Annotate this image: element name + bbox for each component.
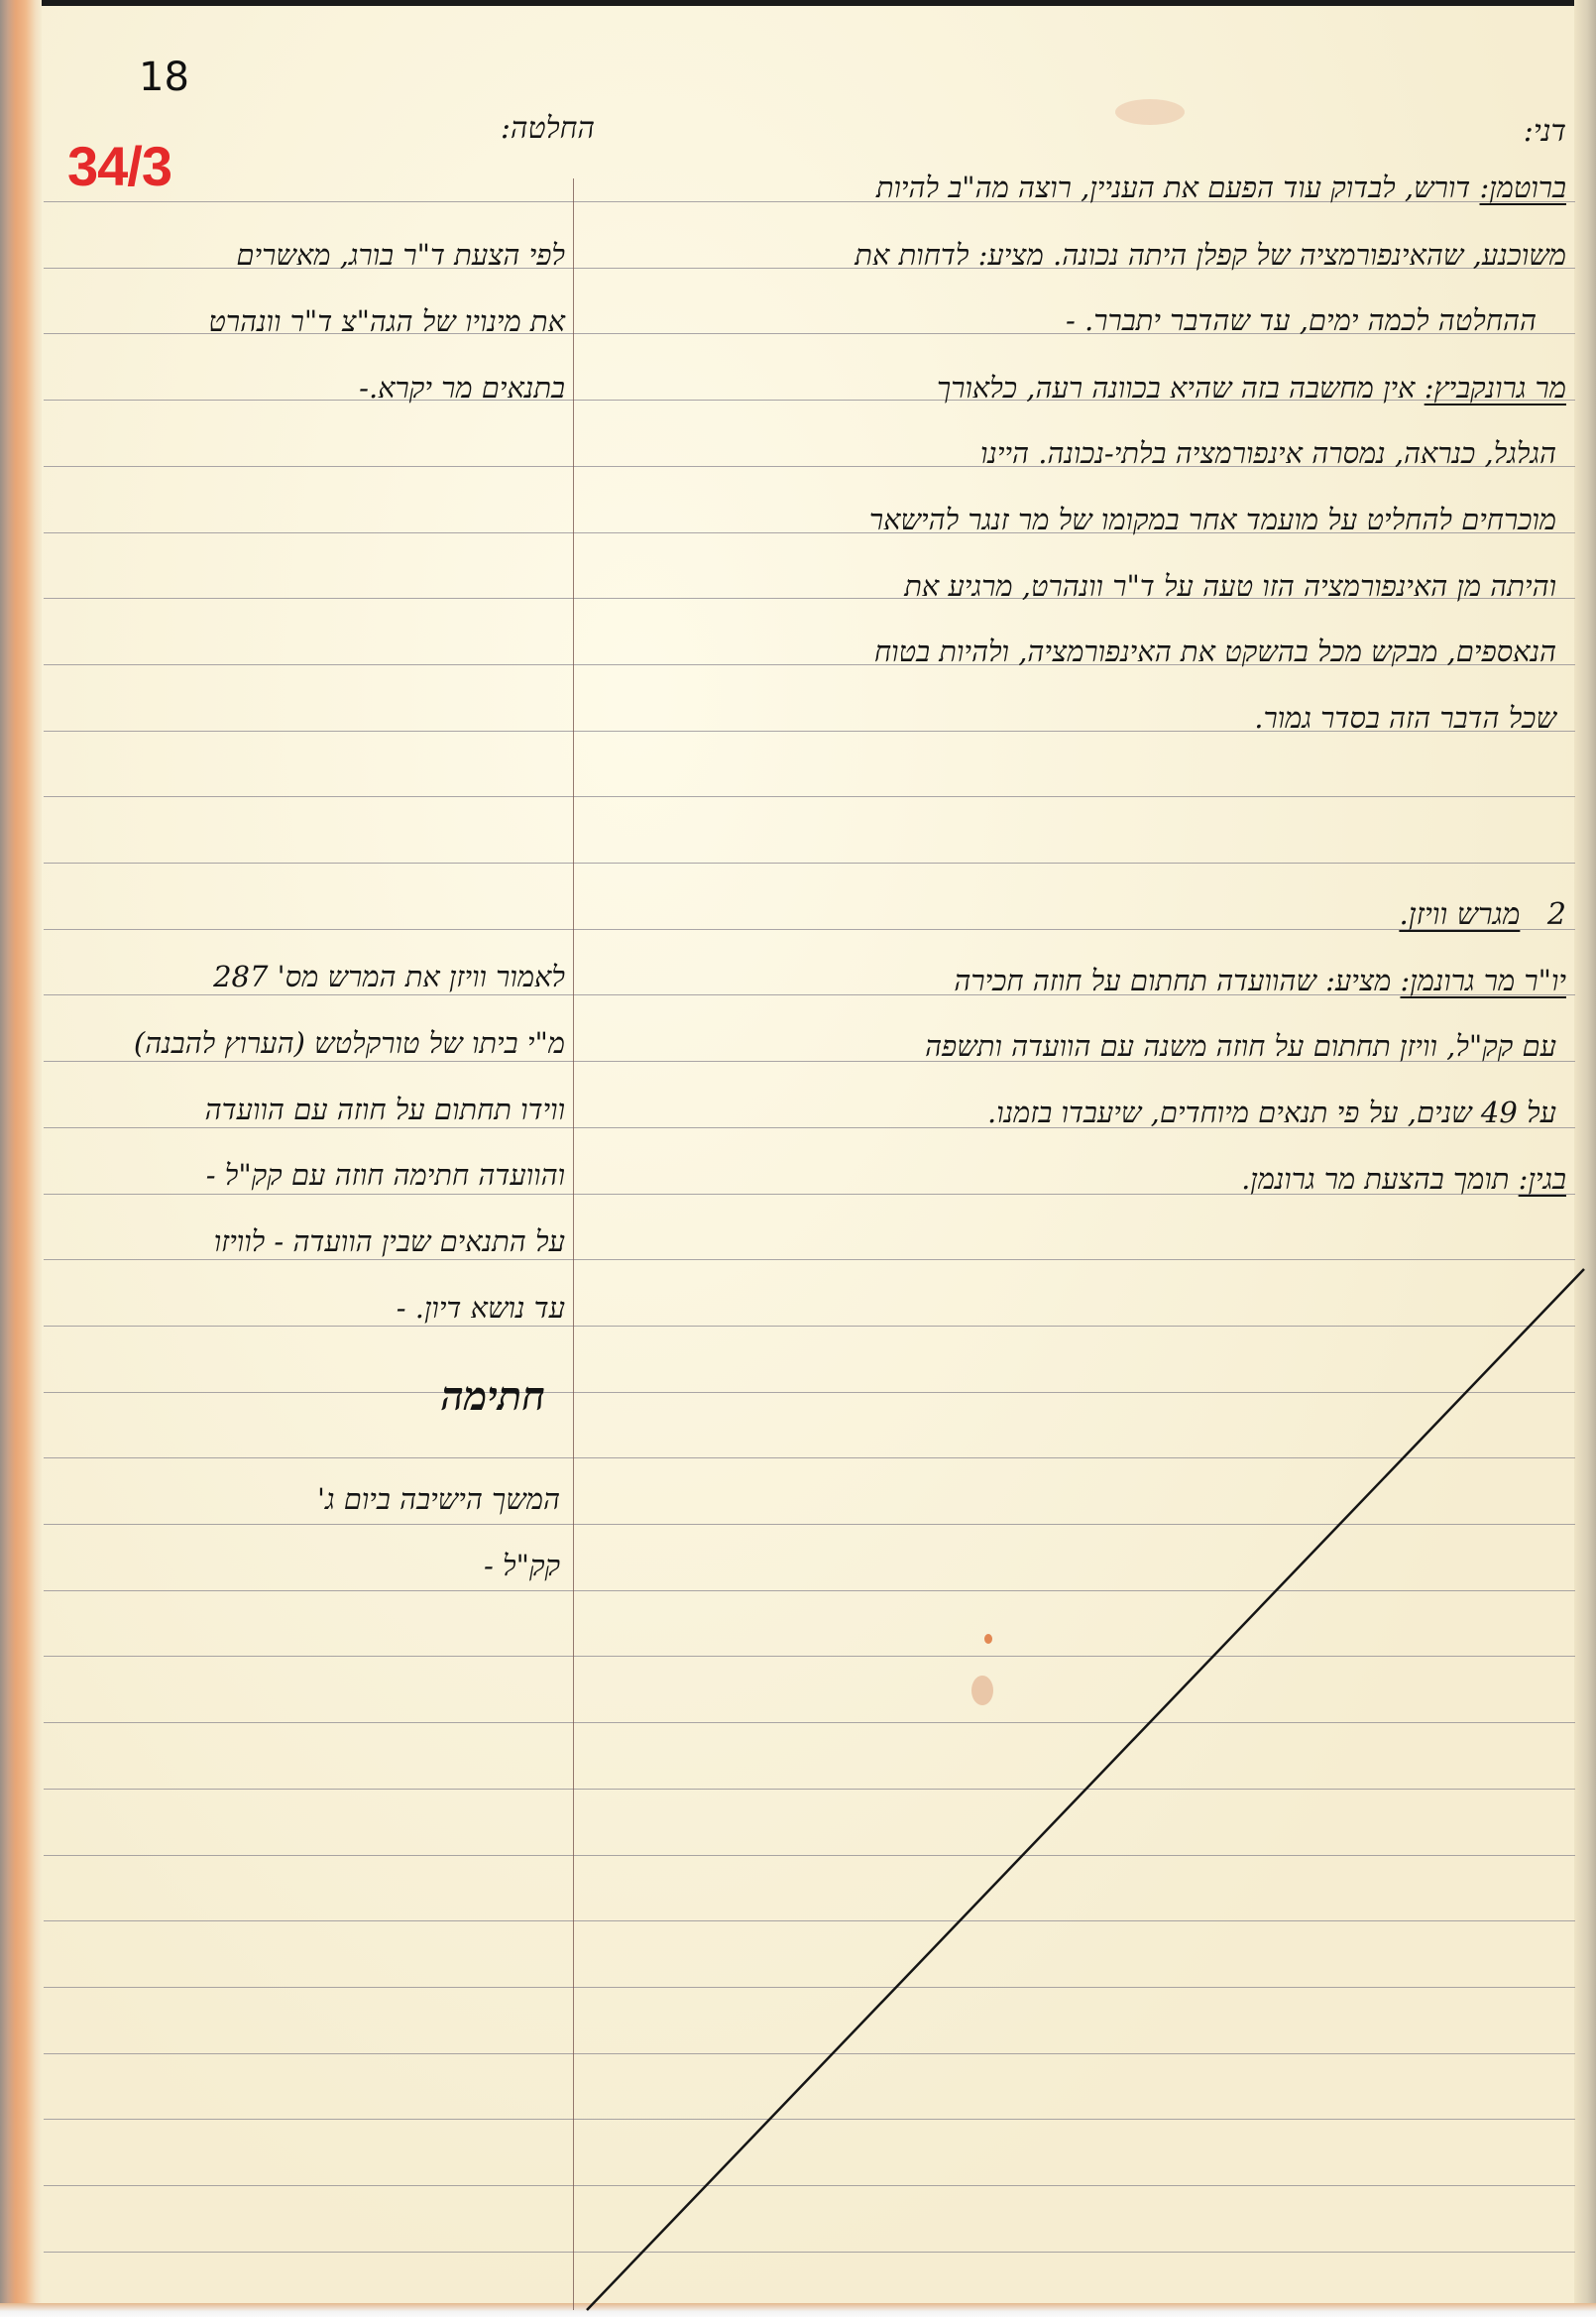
left-line-1: לפי הצעת ד"ר בורג, מאשרים <box>236 238 565 273</box>
page-number: 18 <box>139 55 189 100</box>
ruled-line <box>44 1457 1575 1458</box>
speaker-name: ברוטמן: <box>1479 171 1566 204</box>
ruled-line <box>44 1920 1575 1921</box>
left-continuation-4: והוועדה חתימה חוזה עם קק"ל - <box>206 1158 565 1193</box>
section-2-header: 2 מגרש וויזן. <box>1399 897 1566 932</box>
entry-line: ההחלטה לכמה ימים, עד שהדבר יתברר. - <box>1066 303 1537 338</box>
speaker-name: יו"ר מר גרונמן: <box>1400 964 1566 997</box>
notebook-page: 18 34/3 החלטה: לפי הצעת ד"ר בורג, מאשרים… <box>0 0 1596 2317</box>
ruled-line <box>44 2053 1575 2054</box>
entry-line: מציע: שהוועדה תחתום על חוזה חכירה <box>954 964 1391 997</box>
entry-grunkevich: מר גרונקביץ: אין מחשבה בזה שהיא בכוונה ר… <box>937 371 1566 405</box>
ruled-line <box>44 1987 1575 1988</box>
speaker-heading: דני: <box>1524 114 1566 149</box>
speaker-name: בגין: <box>1519 1162 1566 1196</box>
ruled-line <box>44 863 1575 864</box>
ruled-line <box>44 2252 1575 2253</box>
entry-line: והיתה מן האינפורמציה הזו טעה על ד"ר וונה… <box>904 569 1556 604</box>
ruled-line <box>44 1392 1575 1393</box>
page-right-edge <box>1574 0 1596 2317</box>
entry-line: דורש, לבדוק עוד הפעם את העניין, רוצה מה"… <box>876 171 1470 204</box>
section-number: 2 <box>1547 897 1566 932</box>
left-continuation-5: על התנאים שבין הוועדה - לוויזו <box>214 1224 565 1259</box>
paper-stain <box>1115 99 1185 125</box>
closing-line-1: המשך הישיבה ביום ג' <box>317 1482 560 1517</box>
entry-line: מוכרחים להחליט על מועמד אחר במקומו של מר… <box>869 503 1556 537</box>
entry-line: הגלגל, כנראה, נמסרה אינפורמציה בלתי-נכונ… <box>980 436 1556 471</box>
ruled-line <box>44 2185 1575 2186</box>
archive-label: 34/3 <box>67 134 171 198</box>
paper-stain <box>984 1634 992 1644</box>
ruled-line <box>44 1789 1575 1790</box>
left-column-heading: החלטה: <box>501 111 595 146</box>
signature: חתימה <box>441 1373 545 1420</box>
page-bottom-edge <box>0 2303 1596 2317</box>
left-continuation-3: ווידו תחתום על חוזה עם הוועדה <box>205 1093 565 1127</box>
entry-line: על 49 שנים, על פי תנאים מיוחדים, שיעבדו … <box>987 1096 1556 1130</box>
ruled-line <box>44 1855 1575 1856</box>
entry-brutman: ברוטמן: דורש, לבדוק עוד הפעם את העניין, … <box>876 171 1566 205</box>
left-continuation-1: לאמור וויזן את המרש מס' 287 <box>213 960 565 994</box>
left-line-3: בתנאים מר יקרא.- <box>359 371 565 405</box>
ruled-line <box>44 929 1575 930</box>
entry-line: שכל הדבר הזה בסדר גמור. <box>1254 701 1556 736</box>
entry-line: משוכנע, שהאינפורמציה של קפלן היתה נכונה.… <box>855 238 1566 273</box>
entry-line: תומך בהצעת מר גרונמן. <box>1241 1162 1509 1196</box>
column-divider <box>573 178 574 2310</box>
entry-line: הנאספים, מבקש מכל בהשקט את האינפורמציה, … <box>874 635 1556 669</box>
entry-chairman: יו"ר מר גרונמן: מציע: שהוועדה תחתום על ח… <box>954 964 1566 998</box>
entry-line: אין מחשבה בזה שהיא בכוונה רעה, כלאורך <box>937 371 1415 405</box>
ruled-line <box>44 1722 1575 1723</box>
ruled-line <box>44 1259 1575 1260</box>
ruled-line <box>44 1326 1575 1327</box>
entry-begin: בגין: תומך בהצעת מר גרונמן. <box>1241 1162 1566 1197</box>
ruled-line <box>44 2119 1575 2120</box>
left-line-2: את מינויו של הגה"צ ד"ר וונהרט <box>208 304 565 339</box>
section-title: מגרש וויזן. <box>1399 897 1520 932</box>
notebook-spine-edge <box>0 0 42 2317</box>
ruled-line <box>44 1590 1575 1591</box>
speaker-name: מר גרונקביץ: <box>1425 371 1566 405</box>
left-continuation-6: עד נושא דיון. - <box>397 1291 565 1326</box>
ruled-line <box>44 1656 1575 1657</box>
paper-stain <box>971 1676 993 1705</box>
entry-line: עם קק"ל, וויזן תחתום על חוזה משנה עם הוו… <box>925 1029 1556 1064</box>
ruled-line <box>44 1524 1575 1525</box>
scan-top-edge <box>0 0 1596 6</box>
ruled-line <box>44 796 1575 797</box>
left-continuation-2: מ"י ביתו של טורקלטש (הערוץ להבנה) <box>134 1026 565 1061</box>
closing-line-2: קק"ל - <box>484 1549 560 1583</box>
